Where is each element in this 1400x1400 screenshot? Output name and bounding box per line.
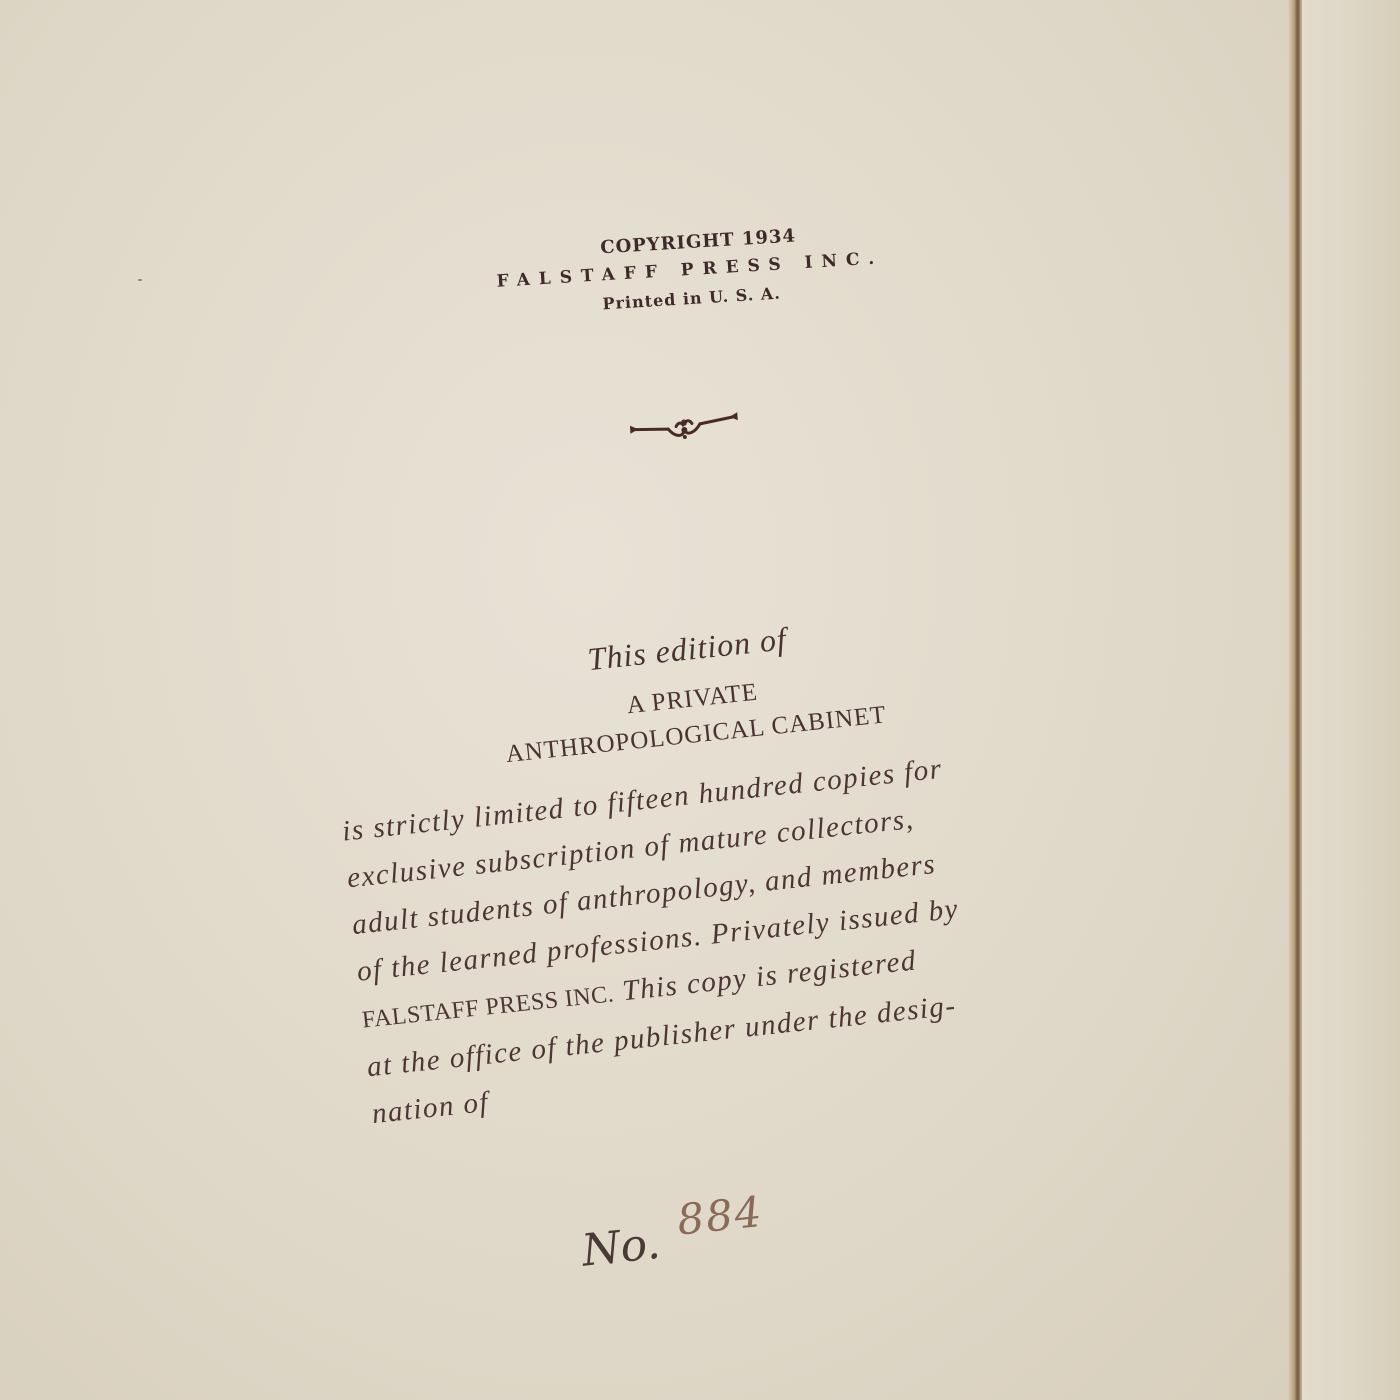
copy-number-handwritten: 884 [675, 1187, 766, 1245]
limitation-statement: This edition of A PRIVATE ANTHROPOLOGICA… [317, 592, 1102, 1139]
copy-number-label: No. [579, 1218, 662, 1277]
page-gutter-edge [1288, 0, 1302, 1400]
paper-speck [138, 279, 142, 281]
adjacent-page [1302, 0, 1400, 1400]
